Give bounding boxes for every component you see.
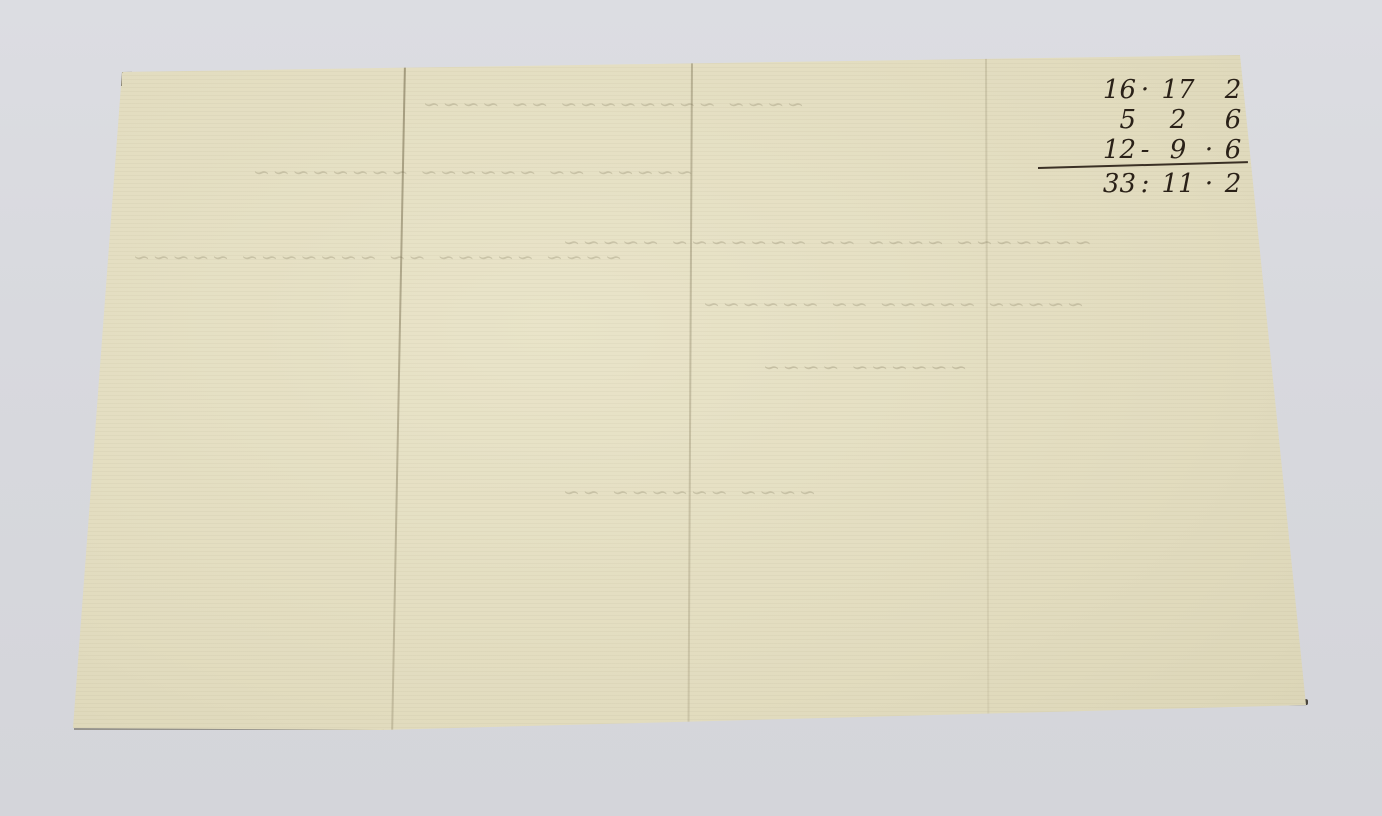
bleed-through-line: ~~~~~ ~~~~~ ~~ ~~~~~~: [697, 292, 1086, 316]
ledger-sum: 16 · 17 2 5 2 6 12 - 9 · 6 3: [1040, 75, 1250, 199]
pounds-value: 12: [1056, 135, 1136, 165]
torn-corner: [120, 70, 132, 86]
bleed-through-line: ~~~~~~~ ~~~~ ~~ ~~~~~~~ ~~~~~: [557, 230, 1093, 254]
separator: ·: [1202, 135, 1216, 165]
separator: -: [1136, 135, 1154, 165]
paper-sheet: ~~~~ ~~~~~~~~ ~~ ~~~~ ~~~~~ ~~ ~~~~~~ ~~…: [0, 0, 1382, 816]
bleed-through-line: ~~~~ ~~~~~~~~ ~~ ~~~~: [417, 92, 806, 116]
total-pence: 2: [1216, 169, 1250, 199]
ledger-row: 16 · 17 2: [1040, 75, 1250, 105]
pounds-value: 16: [1056, 75, 1136, 105]
pounds-value: 5: [1056, 105, 1136, 135]
separator: ·: [1136, 75, 1154, 105]
shillings-value: 2: [1154, 105, 1202, 135]
ledger-row: 12 - 9 · 6: [1040, 135, 1250, 165]
fold-crease: [688, 58, 693, 726]
separator: [1202, 75, 1216, 105]
pence-value: 2: [1216, 75, 1250, 105]
pence-value: 6: [1216, 105, 1250, 135]
separator: [1136, 105, 1154, 135]
bleed-through-line: ~~~~~ ~~ ~~~~~~ ~~~~~~~~: [247, 160, 695, 184]
shillings-value: 9: [1154, 135, 1202, 165]
ledger-row: 5 2 6: [1040, 105, 1250, 135]
total-pounds: 33: [1056, 169, 1136, 199]
total-shillings: 11: [1154, 169, 1202, 199]
separator: :: [1136, 169, 1154, 199]
separator: ·: [1202, 169, 1216, 199]
fold-crease: [391, 62, 406, 730]
bleed-through-line: ~~~~~~ ~~~~: [757, 355, 969, 379]
bleed-through-line: ~~~~ ~~~~~ ~~ ~~~~~~~ ~~~~~: [127, 245, 624, 269]
fold-crease: [985, 56, 989, 716]
photo-scene: ~~~~ ~~~~~~~~ ~~ ~~~~ ~~~~~ ~~ ~~~~~~ ~~…: [0, 0, 1382, 816]
ledger-total-row: 33 : 11 · 2: [1040, 169, 1250, 199]
separator: [1202, 105, 1216, 135]
shillings-value: 17: [1154, 75, 1202, 105]
